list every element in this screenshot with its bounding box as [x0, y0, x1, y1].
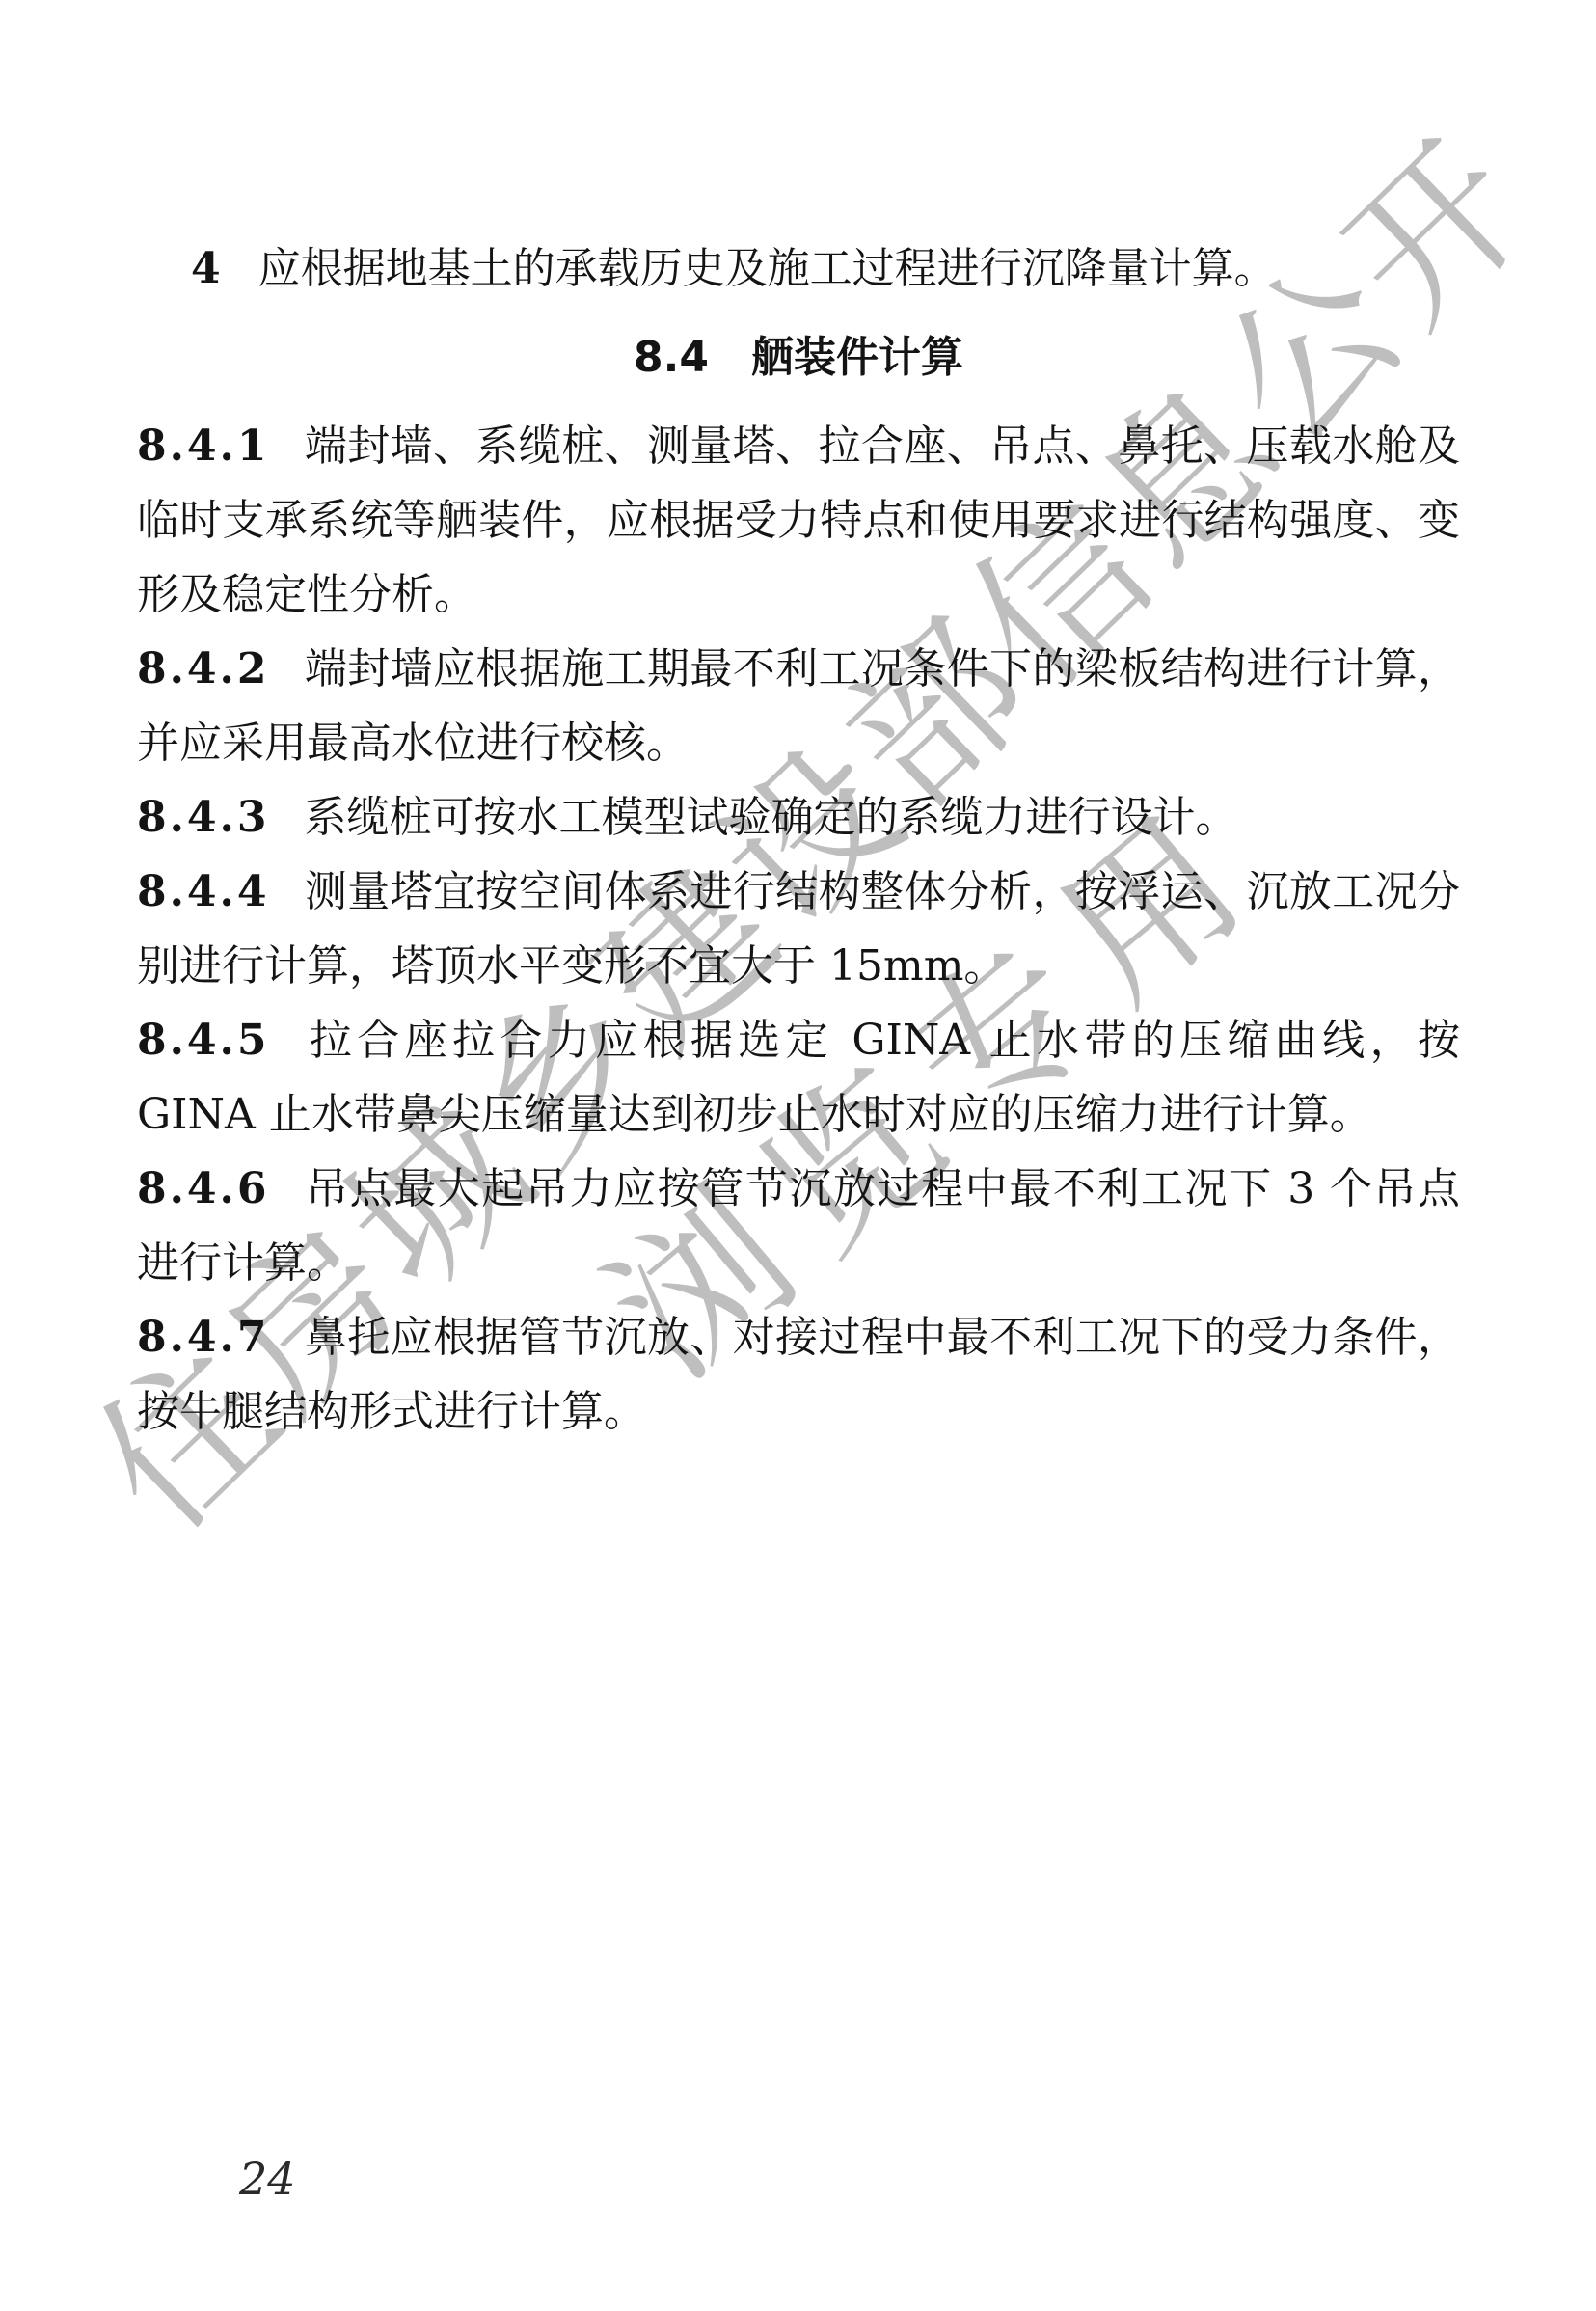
- list-item-4: 4应根据地基土的承载历史及施工过程进行沉降量计算。: [137, 231, 1460, 306]
- clause-8-4-5: 8.4.5拉合座拉合力应根据选定 GINA 止水带的压缩曲线，按 GINA 止水…: [137, 1003, 1460, 1152]
- clause-text: 端封墙、系缆桩、测量塔、拉合座、吊点、鼻托、压载水舱及临时支承系统等舾装件，应根…: [137, 421, 1460, 619]
- clause-number: 8.4.6: [137, 1164, 269, 1213]
- clause-number: 8.4.4: [137, 867, 269, 916]
- clause-number: 8.4.5: [137, 1016, 269, 1065]
- clause-text: 测量塔宜按空间体系进行结构整体分析，按浮运、沉放工况分别进行计算，塔顶水平变形不…: [137, 867, 1460, 991]
- clause-number: 8.4.2: [137, 644, 269, 693]
- page-number: 24: [239, 2153, 296, 2205]
- clause-text: 鼻托应根据管节沉放、对接过程中最不利工况下的受力条件，按牛腿结构形式进行计算。: [137, 1313, 1460, 1436]
- clause-8-4-4: 8.4.4测量塔宜按空间体系进行结构整体分析，按浮运、沉放工况分别进行计算，塔顶…: [137, 855, 1460, 1003]
- list-item-number: 4: [191, 244, 224, 293]
- clause-number: 8.4.7: [137, 1313, 269, 1362]
- list-item-text: 应根据地基土的承载历史及施工过程进行沉降量计算。: [258, 244, 1277, 293]
- clause-8-4-1: 8.4.1端封墙、系缆桩、测量塔、拉合座、吊点、鼻托、压载水舱及临时支承系统等舾…: [137, 409, 1460, 632]
- section-heading-title: 舾装件计算: [751, 333, 963, 382]
- section-heading-number: 8.4: [634, 333, 709, 382]
- clause-text: 端封墙应根据施工期最不利工况条件下的梁板结构进行计算，并应采用最高水位进行校核。: [137, 644, 1460, 768]
- page-content: 4应根据地基土的承载历史及施工过程进行沉降量计算。 8.4舾装件计算 8.4.1…: [137, 231, 1460, 1449]
- document-page: 住房城乡建设部信息公开 浏览专用 4应根据地基土的承载历史及施工过程进行沉降量计…: [0, 0, 1596, 2311]
- clause-number: 8.4.1: [137, 421, 269, 471]
- clause-8-4-6: 8.4.6吊点最大起吊力应按管节沉放过程中最不利工况下 3 个吊点进行计算。: [137, 1152, 1460, 1300]
- clause-8-4-3: 8.4.3系缆桩可按水工模型试验确定的系缆力进行设计。: [137, 780, 1460, 855]
- clause-8-4-2: 8.4.2端封墙应根据施工期最不利工况条件下的梁板结构进行计算，并应采用最高水位…: [137, 632, 1460, 780]
- clause-number: 8.4.3: [137, 793, 269, 842]
- clause-8-4-7: 8.4.7鼻托应根据管节沉放、对接过程中最不利工况下的受力条件，按牛腿结构形式进…: [137, 1300, 1460, 1449]
- clause-text: 拉合座拉合力应根据选定 GINA 止水带的压缩曲线，按 GINA 止水带鼻尖压缩…: [137, 1016, 1460, 1139]
- clause-text: 系缆桩可按水工模型试验确定的系缆力进行设计。: [304, 793, 1237, 842]
- clause-text: 吊点最大起吊力应按管节沉放过程中最不利工况下 3 个吊点进行计算。: [137, 1164, 1460, 1288]
- section-heading: 8.4舾装件计算: [137, 320, 1460, 394]
